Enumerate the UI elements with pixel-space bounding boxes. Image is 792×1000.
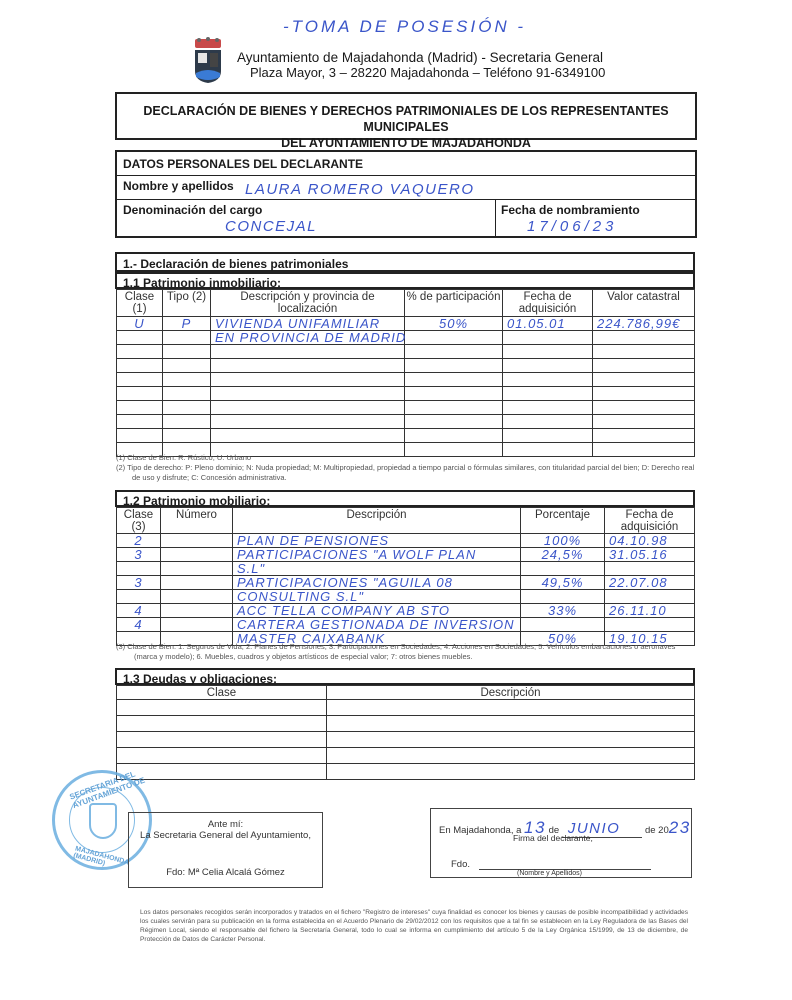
table-cell[interactable] — [605, 562, 695, 576]
table-cell[interactable] — [593, 373, 695, 387]
table-cell[interactable] — [163, 373, 211, 387]
column-header: Clase (3) — [117, 508, 161, 534]
table-cell[interactable] — [211, 373, 405, 387]
table-cell[interactable] — [521, 618, 605, 632]
table-cell[interactable] — [593, 429, 695, 443]
table-row: 3PARTICIPACIONES "A WOLF PLAN24,5%31.05.… — [117, 548, 695, 562]
note-1: (1) Clase de Bien: R: Rústico; U: Urbano — [116, 453, 696, 463]
table-cell[interactable] — [163, 331, 211, 345]
table-cell[interactable] — [327, 732, 695, 748]
place-label: En Majadahonda, a — [439, 825, 521, 836]
table-row — [117, 345, 695, 359]
column-header: Descripción — [327, 686, 695, 700]
table-cell[interactable] — [161, 562, 233, 576]
table-row: S.L" — [117, 562, 695, 576]
column-header: Fecha de adquisición — [503, 290, 593, 317]
name-label: Nombre y apellidos — [123, 179, 234, 193]
column-header: Porcentaje — [521, 508, 605, 534]
table-cell[interactable] — [327, 700, 695, 716]
debts-heading: 1.3 Deudas y obligaciones: — [115, 668, 695, 685]
table-cell[interactable]: ACC TELLA COMPANY AB STO — [233, 604, 521, 618]
table-cell[interactable] — [211, 429, 405, 443]
table-cell[interactable] — [163, 345, 211, 359]
table-cell[interactable] — [117, 429, 163, 443]
table-cell[interactable] — [521, 562, 605, 576]
table-cell[interactable] — [163, 401, 211, 415]
table-cell[interactable] — [503, 415, 593, 429]
table-cell[interactable] — [117, 373, 163, 387]
table-row: 4ACC TELLA COMPANY AB STO33%26.11.10 — [117, 604, 695, 618]
table-cell[interactable] — [163, 387, 211, 401]
table-cell[interactable] — [161, 534, 233, 548]
table-cell[interactable]: 26.11.10 — [605, 604, 695, 618]
column-header: Clase — [117, 686, 327, 700]
table-cell[interactable]: PARTICIPACIONES "AGUILA 08 — [233, 576, 521, 590]
document-title: DECLARACIÓN DE BIENES Y DERECHOS PATRIMO… — [115, 92, 697, 140]
table-cell[interactable] — [521, 590, 605, 604]
table-cell[interactable]: 100% — [521, 534, 605, 548]
debts-table: ClaseDescripción — [116, 685, 695, 780]
table-cell[interactable] — [161, 618, 233, 632]
personal-heading: DATOS PERSONALES DEL DECLARANTE — [123, 157, 363, 171]
table-cell[interactable]: 4 — [117, 618, 161, 632]
table-cell[interactable]: 22.07.08 — [605, 576, 695, 590]
table-cell[interactable] — [117, 590, 161, 604]
table-cell[interactable] — [405, 401, 503, 415]
table-cell[interactable] — [163, 429, 211, 443]
header-organization: Ayuntamiento de Majadahonda (Madrid) - S… — [237, 50, 603, 65]
table-row — [117, 764, 695, 780]
coat-of-arms-icon — [192, 37, 224, 85]
witness-line-1: Ante mí: — [129, 819, 322, 830]
personal-data-section: DATOS PERSONALES DEL DECLARANTE Nombre y… — [115, 150, 697, 238]
table-cell[interactable] — [117, 748, 327, 764]
table-cell[interactable]: 31.05.16 — [605, 548, 695, 562]
table-row — [117, 732, 695, 748]
table-cell[interactable] — [117, 716, 327, 732]
table-row: 4CARTERA GESTIONADA DE INVERSION — [117, 618, 695, 632]
table-cell[interactable]: EN PROVINCIA DE MADRID — [211, 331, 405, 345]
table-cell[interactable]: 50% — [405, 317, 503, 331]
table-cell[interactable] — [327, 764, 695, 780]
table-cell[interactable] — [593, 359, 695, 373]
table-cell[interactable] — [503, 359, 593, 373]
movable-notes: (3) Clase de Bien: 1: Seguros de Vida; 2… — [116, 642, 696, 662]
table-cell[interactable] — [405, 373, 503, 387]
table-cell[interactable] — [161, 590, 233, 604]
table-cell[interactable] — [605, 590, 695, 604]
table-cell[interactable]: PARTICIPACIONES "A WOLF PLAN — [233, 548, 521, 562]
position-label: Denominación del cargo — [123, 203, 262, 217]
witness-box: Ante mí: La Secretaria General del Ayunt… — [128, 812, 323, 888]
table-row: UPVIVIENDA UNIFAMILIAR50%01.05.01224.786… — [117, 317, 695, 331]
table-cell[interactable] — [405, 359, 503, 373]
table-row — [117, 415, 695, 429]
table-cell[interactable] — [605, 618, 695, 632]
table-cell[interactable] — [117, 732, 327, 748]
table-row — [117, 716, 695, 732]
table-cell[interactable]: 04.10.98 — [605, 534, 695, 548]
table-cell[interactable] — [405, 345, 503, 359]
fdo-label: Fdo. — [451, 859, 470, 870]
table-cell[interactable] — [503, 387, 593, 401]
column-header: Tipo (2) — [163, 290, 211, 317]
table-cell[interactable] — [503, 345, 593, 359]
column-header: Clase (1) — [117, 290, 163, 317]
table-cell[interactable] — [593, 345, 695, 359]
table-cell[interactable]: VIVIENDA UNIFAMILIAR — [211, 317, 405, 331]
column-header: Descripción — [233, 508, 521, 534]
table-cell[interactable] — [593, 331, 695, 345]
table-cell[interactable]: CONSULTING S.L" — [233, 590, 521, 604]
table-row: EN PROVINCIA DE MADRID — [117, 331, 695, 345]
table-row — [117, 387, 695, 401]
table-row: 2PLAN DE PENSIONES100%04.10.98 — [117, 534, 695, 548]
table-cell[interactable] — [163, 359, 211, 373]
table-cell[interactable] — [327, 748, 695, 764]
name-value[interactable]: LAURA ROMERO VAQUERO — [245, 181, 474, 198]
table-cell[interactable] — [405, 387, 503, 401]
table-cell[interactable] — [593, 401, 695, 415]
table-cell[interactable] — [503, 429, 593, 443]
table-cell[interactable]: 3 — [117, 576, 161, 590]
appointment-value[interactable]: 17/06/23 — [527, 218, 617, 235]
table-cell[interactable] — [211, 359, 405, 373]
table-cell[interactable] — [117, 359, 163, 373]
table-cell[interactable] — [117, 700, 327, 716]
table-row — [117, 401, 695, 415]
table-cell[interactable]: U — [117, 317, 163, 331]
handwritten-annotation: -TOMA DE POSESIÓN - — [283, 17, 526, 37]
table-cell[interactable] — [117, 387, 163, 401]
table-cell[interactable] — [405, 415, 503, 429]
table-cell[interactable] — [117, 415, 163, 429]
table-row: 3PARTICIPACIONES "AGUILA 0849,5%22.07.08 — [117, 576, 695, 590]
table-row — [117, 359, 695, 373]
table-cell[interactable] — [117, 345, 163, 359]
header-address: Plaza Mayor, 3 – 28220 Majadahonda – Tel… — [250, 65, 605, 80]
year-value[interactable]: 23 — [669, 818, 691, 837]
note-2: (2) Tipo de derecho: P: Pleno dominio; N… — [116, 463, 696, 483]
appointment-label: Fecha de nombramiento — [501, 203, 640, 217]
table-cell[interactable]: 33% — [521, 604, 605, 618]
column-header: Valor catastral — [593, 290, 695, 317]
table-cell[interactable]: S.L" — [233, 562, 521, 576]
table-cell[interactable] — [161, 604, 233, 618]
privacy-notice: Los datos personales recogidos serán inc… — [140, 908, 688, 944]
witness-signature: Fdo: Mª Celia Alcalá Gómez — [129, 867, 322, 878]
table-cell[interactable]: 01.05.01 — [503, 317, 593, 331]
table-cell[interactable] — [503, 401, 593, 415]
table-cell[interactable] — [503, 331, 593, 345]
table-cell[interactable] — [211, 387, 405, 401]
table-cell[interactable]: 2 — [117, 534, 161, 548]
table-cell[interactable] — [211, 345, 405, 359]
table-cell[interactable]: PLAN DE PENSIONES — [233, 534, 521, 548]
table-cell[interactable]: 3 — [117, 548, 161, 562]
table-cell[interactable]: 4 — [117, 604, 161, 618]
real-estate-heading: 1.1 Patrimonio inmobiliario: — [115, 272, 695, 289]
table-cell[interactable]: 224.786,99€ — [593, 317, 695, 331]
column-header: Número — [161, 508, 233, 534]
divider — [495, 200, 496, 238]
witness-line-2: La Secretaria General del Ayuntamiento, — [129, 830, 322, 841]
table-cell[interactable] — [163, 415, 211, 429]
year-label: de 20 — [645, 825, 669, 836]
seal-shield — [89, 803, 117, 839]
table-row — [117, 700, 695, 716]
title-line-1: DECLARACIÓN DE BIENES Y DERECHOS PATRIMO… — [117, 103, 695, 135]
table-cell[interactable]: CARTERA GESTIONADA DE INVERSION — [233, 618, 521, 632]
table-row — [117, 373, 695, 387]
name-row: Nombre y apellidos LAURA ROMERO VAQUERO — [117, 176, 695, 200]
table-cell[interactable]: 49,5% — [521, 576, 605, 590]
table-cell[interactable] — [503, 373, 593, 387]
personal-heading-row: DATOS PERSONALES DEL DECLARANTE — [117, 152, 695, 176]
table-cell[interactable] — [327, 716, 695, 732]
name-hint: (Nombre y Apellidos) — [517, 870, 582, 877]
signature-label: Firma del declarante, — [513, 833, 593, 843]
column-header: Fecha de adquisición — [605, 508, 695, 534]
column-header: % de participación — [405, 290, 503, 317]
declarant-signature-box: En Majadahonda, a 13 de JUNIO de 2023 Fi… — [430, 808, 692, 878]
position-value[interactable]: CONCEJAL — [225, 218, 317, 235]
table-cell[interactable] — [117, 764, 327, 780]
table-cell[interactable] — [211, 415, 405, 429]
table-cell[interactable]: 24,5% — [521, 548, 605, 562]
section-1-heading: 1.- Declaración de bienes patrimoniales — [115, 252, 695, 272]
table-cell[interactable] — [161, 548, 233, 562]
table-cell[interactable] — [117, 562, 161, 576]
table-cell[interactable] — [405, 429, 503, 443]
table-cell[interactable] — [405, 331, 503, 345]
table-cell[interactable] — [161, 576, 233, 590]
table-cell[interactable] — [117, 331, 163, 345]
table-cell[interactable]: P — [163, 317, 211, 331]
real-estate-notes: (1) Clase de Bien: R: Rústico; U: Urbano… — [116, 453, 696, 483]
table-row: CONSULTING S.L" — [117, 590, 695, 604]
position-row: Denominación del cargo CONCEJAL Fecha de… — [117, 200, 695, 238]
table-cell[interactable] — [211, 401, 405, 415]
table-cell[interactable] — [117, 401, 163, 415]
column-header: Descripción y provincia de localización — [211, 290, 405, 317]
title-line-2: DEL AYUNTAMIENTO DE MAJADAHONDA — [117, 135, 695, 151]
movable-heading: 1.2 Patrimonio mobiliario: — [115, 490, 695, 507]
table-cell[interactable] — [593, 387, 695, 401]
movable-table: Clase (3)NúmeroDescripciónPorcentajeFech… — [116, 507, 695, 646]
table-row — [117, 429, 695, 443]
real-estate-table: Clase (1)Tipo (2)Descripción y provincia… — [116, 289, 695, 457]
table-row — [117, 748, 695, 764]
table-cell[interactable] — [593, 415, 695, 429]
